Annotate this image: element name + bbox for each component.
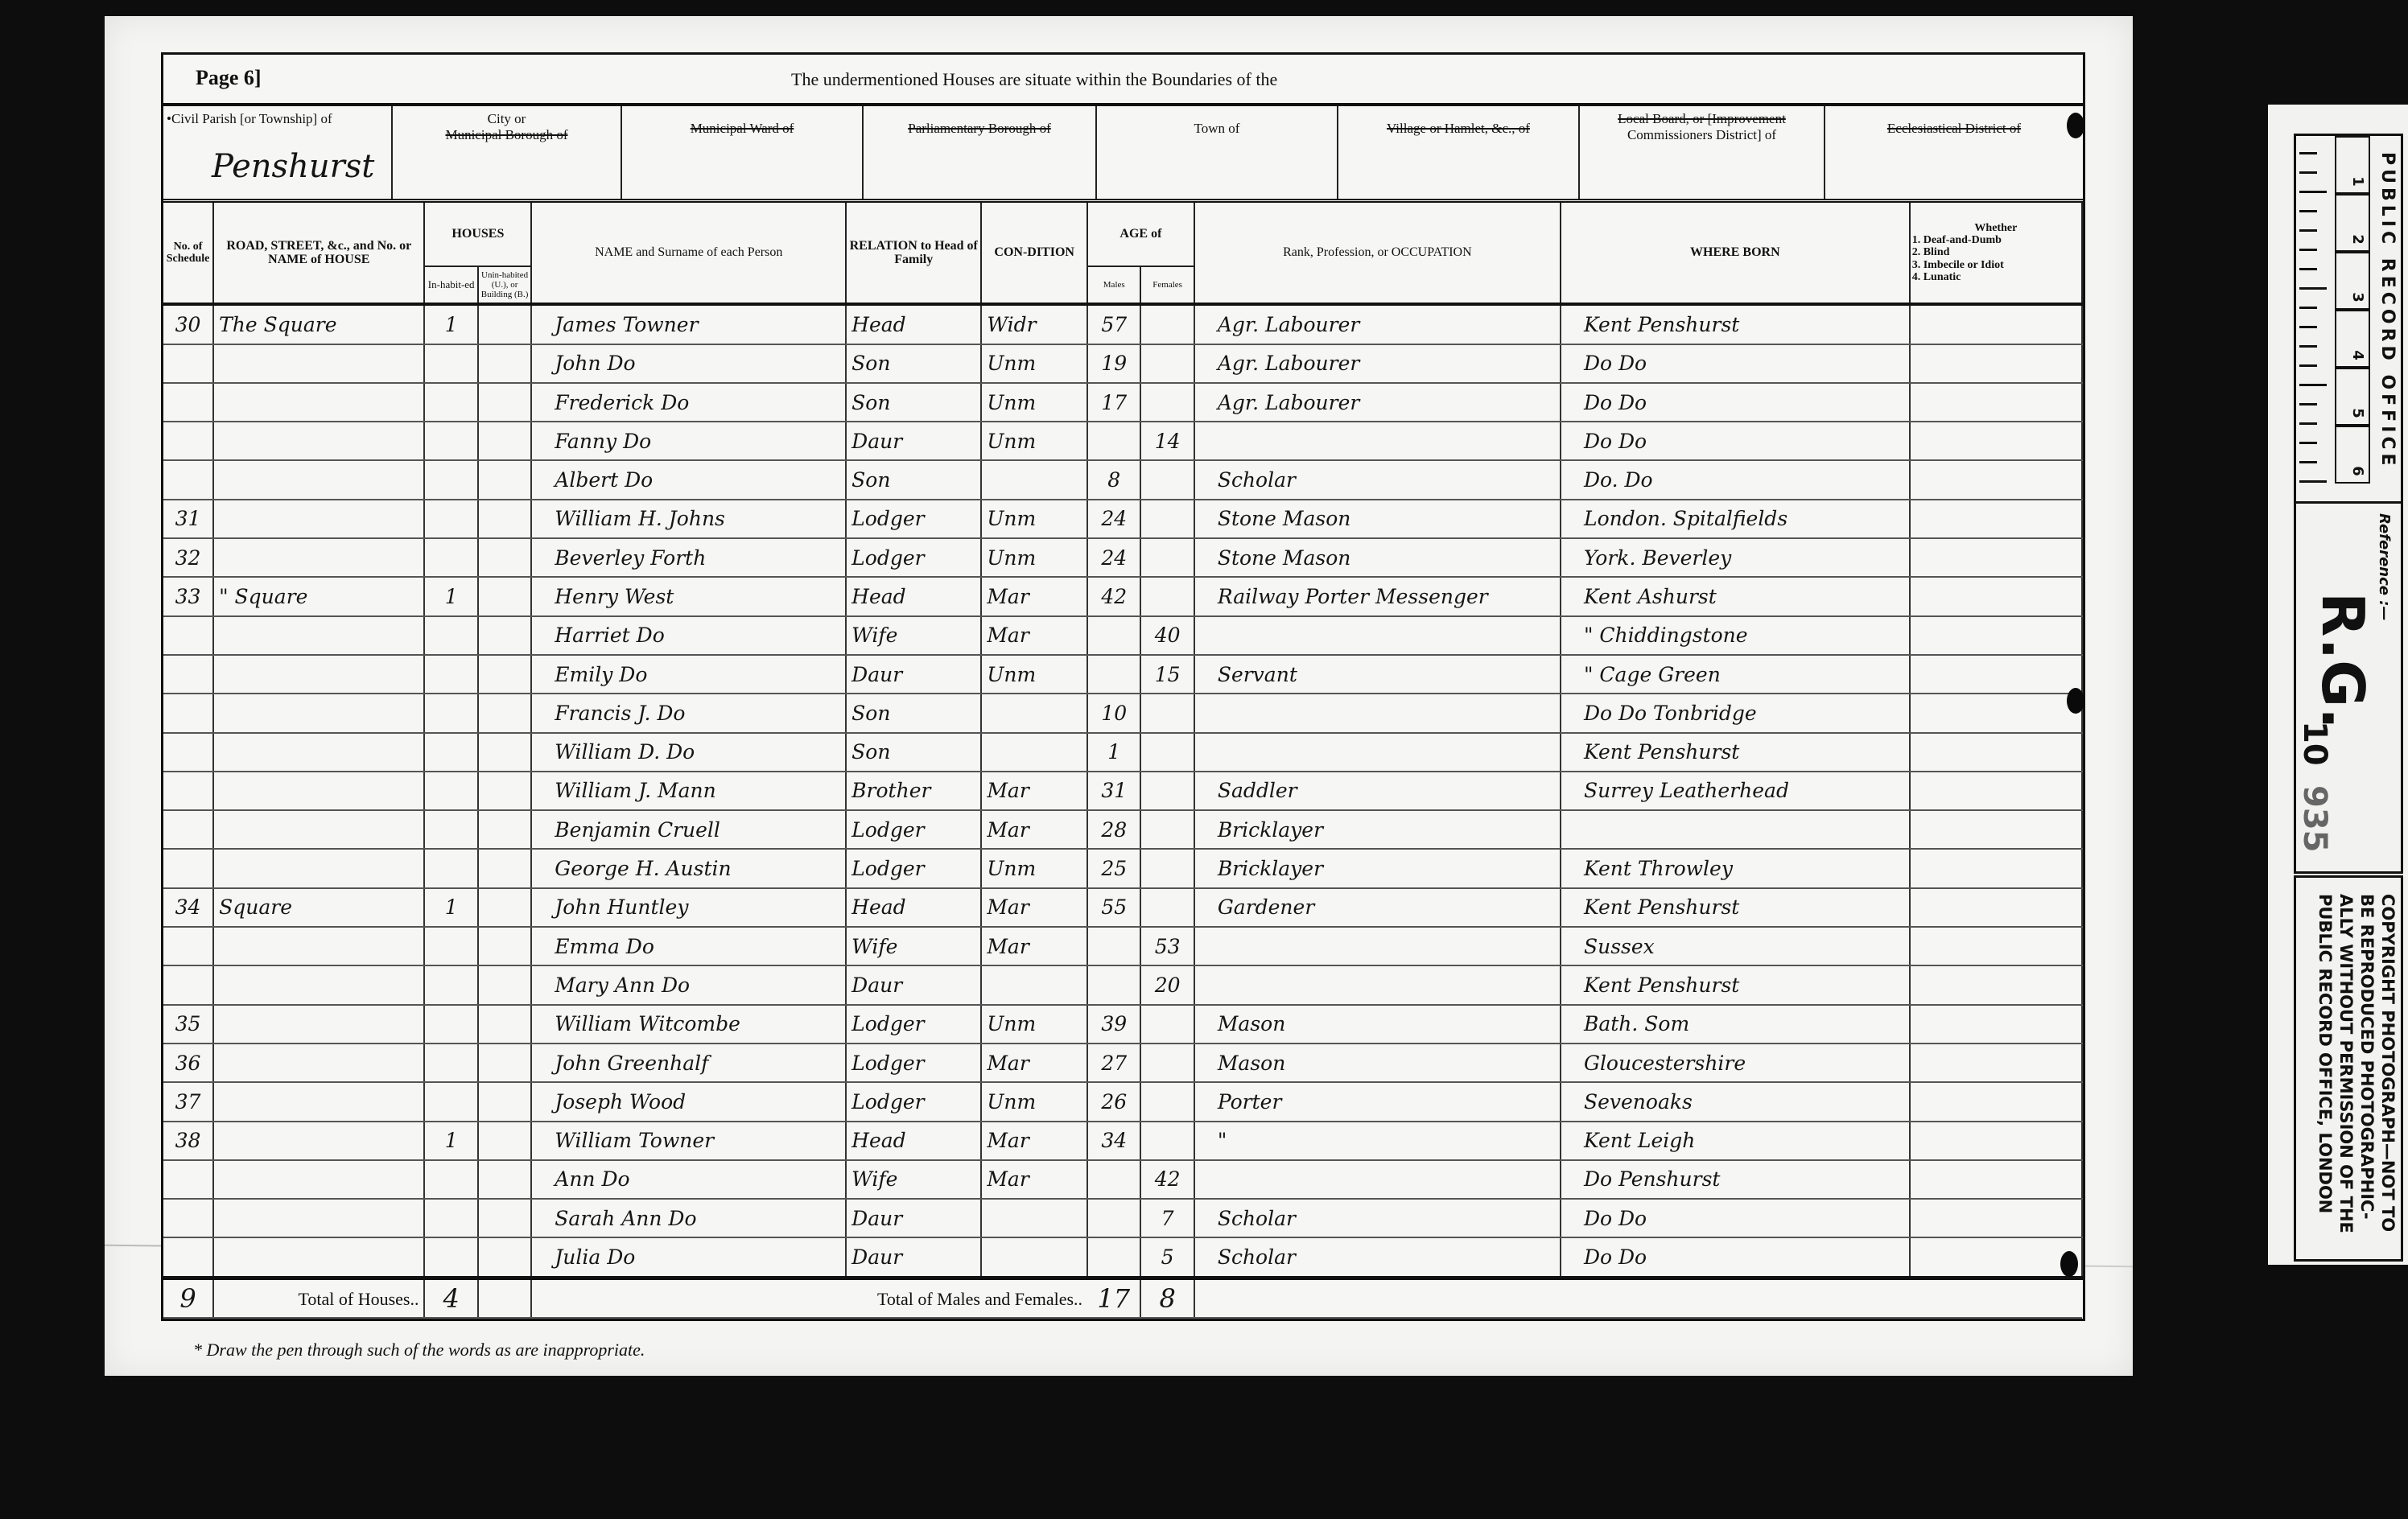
name-cell: Julia Do [531, 1237, 846, 1278]
uninhabited-cell [478, 1199, 531, 1237]
inhabited-cell: 1 [424, 1122, 477, 1160]
where-born-cell: Do Do [1561, 383, 1910, 422]
reference-folio: 935 [2296, 785, 2333, 853]
public-record-office-label: PUBLIC RECORD OFFICE [2377, 152, 2398, 470]
occupation-cell: Porter [1194, 1082, 1561, 1121]
census-form: Page 6] The undermentioned Houses are si… [161, 52, 2085, 1321]
total-schedules: 9 [163, 1278, 213, 1318]
female-age-cell [1140, 810, 1194, 849]
road-cell [213, 1199, 424, 1237]
inhabited-cell [424, 694, 477, 732]
inhabited-cell [424, 1044, 477, 1082]
where-born-cell: York. Beverley [1561, 538, 1910, 577]
relation-cell: Lodger [846, 1005, 981, 1044]
male-age-cell: 17 [1087, 383, 1140, 422]
name-cell: Frederick Do [531, 383, 846, 422]
where-born-cell: London. Spitalfields [1561, 500, 1910, 538]
ruler-tick [2299, 480, 2327, 483]
schedule-cell: 38 [163, 1122, 213, 1160]
census-rows: 30The Square1James TownerHeadWidr57Agr. … [163, 304, 2082, 1278]
name-cell: William H. Johns [531, 500, 846, 538]
condition-cell: Unm [981, 383, 1087, 422]
where-born-cell: Bath. Som [1561, 1005, 1910, 1044]
uninhabited-cell [478, 460, 531, 499]
condition-cell: Widr [981, 304, 1087, 344]
inhabited-cell [424, 965, 477, 1004]
ruler-tick [2299, 268, 2317, 270]
whether-lunatic: 4. Lunatic [1912, 271, 2080, 283]
uninhabited-cell [478, 538, 531, 577]
infirmity-cell [1910, 1199, 2082, 1237]
schedule-cell: 32 [163, 538, 213, 577]
schedule-cell: 35 [163, 1005, 213, 1044]
condition-cell: Unm [981, 1005, 1087, 1044]
male-age-cell: 26 [1087, 1082, 1140, 1121]
inhabited-cell: 1 [424, 888, 477, 927]
inhabited-cell [424, 849, 477, 887]
inhabited-cell [424, 1160, 477, 1199]
uninhabited-cell [478, 1082, 531, 1121]
schedule-cell [163, 344, 213, 383]
where-born-cell: Kent Penshurst [1561, 888, 1910, 927]
uninhabited-cell [478, 500, 531, 538]
whether-imbecile: 3. Imbecile or Idiot [1912, 259, 2080, 271]
table-row: 31William H. JohnsLodgerUnm24Stone Mason… [163, 500, 2082, 538]
relation-cell: Son [846, 733, 981, 772]
table-row: 33" Square1Henry WestHeadMar42Railway Po… [163, 577, 2082, 615]
name-cell: William J. Mann [531, 772, 846, 810]
male-age-cell: 25 [1087, 849, 1140, 887]
male-age-cell: 28 [1087, 810, 1140, 849]
table-row: Emily DoDaurUnm15Servant" Cage Green [163, 655, 2082, 694]
male-age-cell: 34 [1087, 1122, 1140, 1160]
table-row: John DoSonUnm19Agr. LabourerDo Do [163, 344, 2082, 383]
copyright-line-1: COPYRIGHT PHOTOGRAPH—NOT TO [2378, 894, 2398, 1232]
road-cell [213, 344, 424, 383]
inhabited-cell [424, 810, 477, 849]
male-age-cell: 57 [1087, 304, 1140, 344]
name-cell: William Towner [531, 1122, 846, 1160]
infirmity-cell [1910, 1160, 2082, 1199]
road-cell [213, 500, 424, 538]
col-males: Males [1087, 266, 1140, 304]
table-row: William J. MannBrotherMar31SaddlerSurrey… [163, 772, 2082, 810]
female-age-cell: 42 [1140, 1160, 1194, 1199]
total-houses-label: Total of Houses.. [298, 1289, 419, 1309]
ruler-tick [2299, 384, 2327, 386]
ruler-cm-box: 1 [2335, 136, 2370, 194]
occupation-cell [1194, 694, 1561, 732]
schedule-cell: 33 [163, 577, 213, 615]
uninhabited-cell [478, 577, 531, 615]
relation-cell: Head [846, 1122, 981, 1160]
ruler-tick [2299, 287, 2327, 290]
where-born-cell: Kent Leigh [1561, 1122, 1910, 1160]
where-born-cell: Kent Ashurst [1561, 577, 1910, 615]
male-age-cell [1087, 965, 1140, 1004]
road-cell: Square [213, 888, 424, 927]
ruler-cm-box: 5 [2335, 368, 2370, 426]
infirmity-cell [1910, 1044, 2082, 1082]
road-cell [213, 1082, 424, 1121]
inhabited-cell [424, 422, 477, 460]
female-age-cell [1140, 304, 1194, 344]
relation-cell: Daur [846, 1199, 981, 1237]
col-females: Females [1140, 266, 1194, 304]
form-title: The undermentioned Houses are situate wi… [791, 69, 1277, 90]
ruler-cm-label: 6 [2349, 466, 2366, 476]
schedule-cell [163, 422, 213, 460]
table-row: 34Square1John HuntleyHeadMar55GardenerKe… [163, 888, 2082, 927]
occupation-cell: " [1194, 1122, 1561, 1160]
infirmity-cell [1910, 927, 2082, 965]
occupation-cell: Scholar [1194, 1237, 1561, 1278]
uninhabited-cell [478, 383, 531, 422]
ruler-tick [2299, 171, 2317, 174]
uninhabited-cell [478, 1237, 531, 1278]
uninhabited-cell [478, 344, 531, 383]
road-cell: " Square [213, 577, 424, 615]
female-age-cell [1140, 460, 1194, 499]
occupation-cell: Stone Mason [1194, 538, 1561, 577]
condition-cell [981, 1199, 1087, 1237]
female-age-cell [1140, 344, 1194, 383]
name-cell: William D. Do [531, 733, 846, 772]
reference-label: Reference :— [2376, 513, 2393, 620]
road-cell [213, 1237, 424, 1278]
occupation-cell: Mason [1194, 1005, 1561, 1044]
reference-piece: 10 [2296, 721, 2333, 766]
totals-row: 9 Total of Houses.. 4 Total of Males and… [163, 1278, 2082, 1318]
male-age-cell: 39 [1087, 1005, 1140, 1044]
ruler-tick [2299, 229, 2317, 232]
col-condition: CON-DITION [981, 203, 1087, 304]
inhabited-cell [424, 927, 477, 965]
road-cell [213, 733, 424, 772]
schedule-cell [163, 616, 213, 655]
male-age-cell: 42 [1087, 577, 1140, 615]
parliamentary-borough-label: Parliamentary Borough of [867, 121, 1092, 137]
infirmity-cell [1910, 772, 2082, 810]
condition-cell: Mar [981, 1044, 1087, 1082]
ruler-cm-label: 2 [2349, 234, 2366, 245]
uninhabited-cell [478, 810, 531, 849]
female-age-cell [1140, 500, 1194, 538]
female-age-cell: 7 [1140, 1199, 1194, 1237]
infirmity-cell [1910, 733, 2082, 772]
whether-deaf: 1. Deaf-and-Dumb [1912, 234, 2080, 246]
condition-cell: Mar [981, 888, 1087, 927]
where-born-cell: " Cage Green [1561, 655, 1910, 694]
occupation-cell: Stone Mason [1194, 500, 1561, 538]
table-row: George H. AustinLodgerUnm25BricklayerKen… [163, 849, 2082, 887]
infirmity-cell [1910, 344, 2082, 383]
where-born-cell: Gloucestershire [1561, 1044, 1910, 1082]
male-age-cell: 10 [1087, 694, 1140, 732]
occupation-cell: Agr. Labourer [1194, 344, 1561, 383]
table-row: Harriet DoWifeMar40" Chiddingstone [163, 616, 2082, 655]
female-age-cell: 53 [1140, 927, 1194, 965]
male-age-cell: 1 [1087, 733, 1140, 772]
civil-parish-cell: •Civil Parish [or Township] of Penshurst [163, 106, 393, 199]
condition-cell: Unm [981, 422, 1087, 460]
schedule-cell [163, 927, 213, 965]
village-cell: Village or Hamlet, &c., of [1338, 106, 1580, 199]
female-age-cell [1140, 849, 1194, 887]
where-born-cell: Do Do [1561, 422, 1910, 460]
copyright-line-3: ALLY WITHOUT PERMISSION OF THE [2336, 894, 2356, 1233]
punch-hole [2067, 688, 2084, 714]
name-cell: Emily Do [531, 655, 846, 694]
female-age-cell [1140, 733, 1194, 772]
ecclesiastical-cell: Ecclesiastical District of [1825, 106, 2083, 199]
uninhabited-cell [478, 1005, 531, 1044]
condition-cell: Unm [981, 1082, 1087, 1121]
name-cell: Joseph Wood [531, 1082, 846, 1121]
ruler-tick [2299, 364, 2317, 367]
where-born-cell: Do Do [1561, 1237, 1910, 1278]
schedule-cell [163, 1160, 213, 1199]
schedule-cell: 30 [163, 304, 213, 344]
municipal-borough-label: Municipal Borough of [396, 127, 617, 143]
schedule-cell: 37 [163, 1082, 213, 1121]
uninhabited-cell [478, 694, 531, 732]
road-cell [213, 1044, 424, 1082]
total-persons-label: Total of Males and Females.. [877, 1289, 1082, 1309]
name-cell: Francis J. Do [531, 694, 846, 732]
male-age-cell [1087, 655, 1140, 694]
ruler-tick [2299, 326, 2317, 328]
name-cell: Emma Do [531, 927, 846, 965]
infirmity-cell [1910, 1082, 2082, 1121]
col-age: AGE of [1087, 203, 1194, 266]
infirmity-cell [1910, 810, 2082, 849]
ruler-tick [2299, 249, 2317, 251]
uninhabited-cell [478, 422, 531, 460]
occupation-cell: Bricklayer [1194, 810, 1561, 849]
where-born-cell: Kent Throwley [1561, 849, 1910, 887]
table-row: 381William TownerHeadMar34"Kent Leigh [163, 1122, 2082, 1160]
ruler: PUBLIC RECORD OFFICE 123456 [2294, 134, 2403, 504]
table-row: Francis J. DoSon10Do Do Tonbridge [163, 694, 2082, 732]
road-cell [213, 965, 424, 1004]
infirmity-cell [1910, 1005, 2082, 1044]
ruler-cm-label: 3 [2349, 292, 2366, 303]
city-label: City or [396, 111, 617, 127]
municipal-ward-cell: Municipal Ward of [622, 106, 864, 199]
copyright-notice: COPYRIGHT PHOTOGRAPH—NOT TO BE REPRODUCE… [2294, 875, 2403, 1262]
occupation-cell: Agr. Labourer [1194, 304, 1561, 344]
village-label: Village or Hamlet, &c., of [1342, 121, 1575, 137]
condition-cell: Unm [981, 849, 1087, 887]
name-cell: Mary Ann Do [531, 965, 846, 1004]
where-born-cell: Do Penshurst [1561, 1160, 1910, 1199]
infirmity-cell [1910, 1122, 2082, 1160]
condition-cell [981, 733, 1087, 772]
where-born-cell: " Chiddingstone [1561, 616, 1910, 655]
name-cell: Sarah Ann Do [531, 1199, 846, 1237]
reference-box: Reference :— R.G. 10 935 [2294, 504, 2403, 874]
town-label: Town of [1100, 121, 1334, 137]
infirmity-cell [1910, 694, 2082, 732]
name-cell: George H. Austin [531, 849, 846, 887]
local-board-label: Local Board, or [Improvement [1583, 111, 1820, 127]
inhabited-cell [424, 733, 477, 772]
name-cell: John Greenhalf [531, 1044, 846, 1082]
table-row: Julia DoDaur5ScholarDo Do [163, 1237, 2082, 1278]
table-row: Frederick DoSonUnm17Agr. LabourerDo Do [163, 383, 2082, 422]
road-cell [213, 538, 424, 577]
schedule-cell [163, 733, 213, 772]
relation-cell: Daur [846, 422, 981, 460]
female-age-cell [1140, 1082, 1194, 1121]
female-age-cell: 5 [1140, 1237, 1194, 1278]
relation-cell: Lodger [846, 500, 981, 538]
condition-cell [981, 965, 1087, 1004]
condition-cell: Unm [981, 500, 1087, 538]
table-row: Sarah Ann DoDaur7ScholarDo Do [163, 1199, 2082, 1237]
schedule-cell: 34 [163, 888, 213, 927]
occupation-cell [1194, 616, 1561, 655]
road-cell [213, 422, 424, 460]
schedule-cell [163, 694, 213, 732]
where-born-cell: Kent Penshurst [1561, 965, 1910, 1004]
occupation-cell: Scholar [1194, 460, 1561, 499]
census-table: No. of Schedule ROAD, STREET, &c., and N… [163, 203, 2083, 1319]
relation-cell: Son [846, 383, 981, 422]
uninhabited-cell [478, 304, 531, 344]
schedule-cell [163, 965, 213, 1004]
relation-cell: Brother [846, 772, 981, 810]
male-age-cell: 24 [1087, 538, 1140, 577]
condition-cell: Mar [981, 577, 1087, 615]
uninhabited-cell [478, 927, 531, 965]
occupation-cell [1194, 927, 1561, 965]
inhabited-cell [424, 383, 477, 422]
table-row: William D. DoSon1Kent Penshurst [163, 733, 2082, 772]
town-cell: Town of [1097, 106, 1338, 199]
male-age-cell: 8 [1087, 460, 1140, 499]
civil-parish-label: •Civil Parish [or Township] of [167, 111, 388, 127]
male-age-cell: 31 [1087, 772, 1140, 810]
total-males: 17 [1087, 1278, 1140, 1318]
relation-cell: Head [846, 577, 981, 615]
male-age-cell [1087, 616, 1140, 655]
road-cell [213, 383, 424, 422]
relation-cell: Wife [846, 616, 981, 655]
infirmity-cell [1910, 460, 2082, 499]
name-cell: Fanny Do [531, 422, 846, 460]
municipal-borough-cell: City or Municipal Borough of [393, 106, 622, 199]
ruler-tick [2299, 442, 2317, 444]
inhabited-cell [424, 616, 477, 655]
inhabited-cell [424, 344, 477, 383]
col-uninhabited: Unin-habited (U.), or Building (B.) [478, 266, 531, 304]
uninhabited-cell [478, 772, 531, 810]
occupation-cell: Servant [1194, 655, 1561, 694]
road-cell [213, 1122, 424, 1160]
relation-cell: Wife [846, 1160, 981, 1199]
name-cell: James Towner [531, 304, 846, 344]
civil-parish-value: Penshurst [212, 148, 374, 185]
inhabited-cell [424, 460, 477, 499]
name-cell: John Huntley [531, 888, 846, 927]
female-age-cell: 20 [1140, 965, 1194, 1004]
table-row: 32Beverley ForthLodgerUnm24Stone MasonYo… [163, 538, 2082, 577]
road-cell [213, 927, 424, 965]
inhabited-cell [424, 1082, 477, 1121]
male-age-cell [1087, 1199, 1140, 1237]
occupation-cell: Scholar [1194, 1199, 1561, 1237]
infirmity-cell [1910, 577, 2082, 615]
female-age-cell [1140, 772, 1194, 810]
schedule-cell [163, 810, 213, 849]
total-houses-label-cell: Total of Houses.. [213, 1278, 424, 1318]
occupation-cell [1194, 733, 1561, 772]
name-cell: John Do [531, 344, 846, 383]
uninhabited-cell [478, 965, 531, 1004]
schedule-cell: 36 [163, 1044, 213, 1082]
total-persons-label-cell: Total of Males and Females.. [531, 1278, 1087, 1318]
where-born-cell: Sussex [1561, 927, 1910, 965]
female-age-cell [1140, 1122, 1194, 1160]
condition-cell: Mar [981, 810, 1087, 849]
schedule-cell [163, 849, 213, 887]
female-age-cell: 40 [1140, 616, 1194, 655]
occupation-cell: Railway Porter Messenger [1194, 577, 1561, 615]
infirmity-cell [1910, 538, 2082, 577]
occupation-cell: Gardener [1194, 888, 1561, 927]
schedule-cell: 31 [163, 500, 213, 538]
where-born-cell: Sevenoaks [1561, 1082, 1910, 1121]
where-born-cell: Do Do Tonbridge [1561, 694, 1910, 732]
col-relation: RELATION to Head of Family [846, 203, 981, 304]
road-cell [213, 810, 424, 849]
uninhabited-cell [478, 1122, 531, 1160]
uninhabited-cell [478, 655, 531, 694]
female-age-cell: 14 [1140, 422, 1194, 460]
road-cell [213, 772, 424, 810]
table-row: Ann DoWifeMar42Do Penshurst [163, 1160, 2082, 1199]
condition-cell: Mar [981, 1160, 1087, 1199]
col-road: ROAD, STREET, &c., and No. or NAME of HO… [213, 203, 424, 304]
infirmity-cell [1910, 1237, 2082, 1278]
relation-cell: Daur [846, 965, 981, 1004]
schedule-cell [163, 772, 213, 810]
col-where-born: WHERE BORN [1561, 203, 1910, 304]
parliamentary-borough-cell: Parliamentary Borough of [864, 106, 1097, 199]
relation-cell: Lodger [846, 1044, 981, 1082]
uninhabited-cell [478, 888, 531, 927]
table-row: 37Joseph WoodLodgerUnm26PorterSevenoaks [163, 1082, 2082, 1121]
infirmity-cell [1910, 304, 2082, 344]
female-age-cell: 15 [1140, 655, 1194, 694]
male-age-cell: 19 [1087, 344, 1140, 383]
ruler-tick [2299, 403, 2317, 405]
page-header: Page 6] The undermentioned Houses are si… [163, 55, 2083, 106]
condition-cell: Mar [981, 1122, 1087, 1160]
page-number: Page 6] [196, 66, 262, 90]
infirmity-cell [1910, 888, 2082, 927]
female-age-cell [1140, 1044, 1194, 1082]
total-uninhabited [478, 1278, 531, 1318]
name-cell: William Witcombe [531, 1005, 846, 1044]
ruler-cm-box: 2 [2335, 194, 2370, 252]
condition-cell: Mar [981, 616, 1087, 655]
road-cell [213, 616, 424, 655]
ruler-cm-label: 4 [2349, 350, 2366, 360]
condition-cell: Mar [981, 927, 1087, 965]
